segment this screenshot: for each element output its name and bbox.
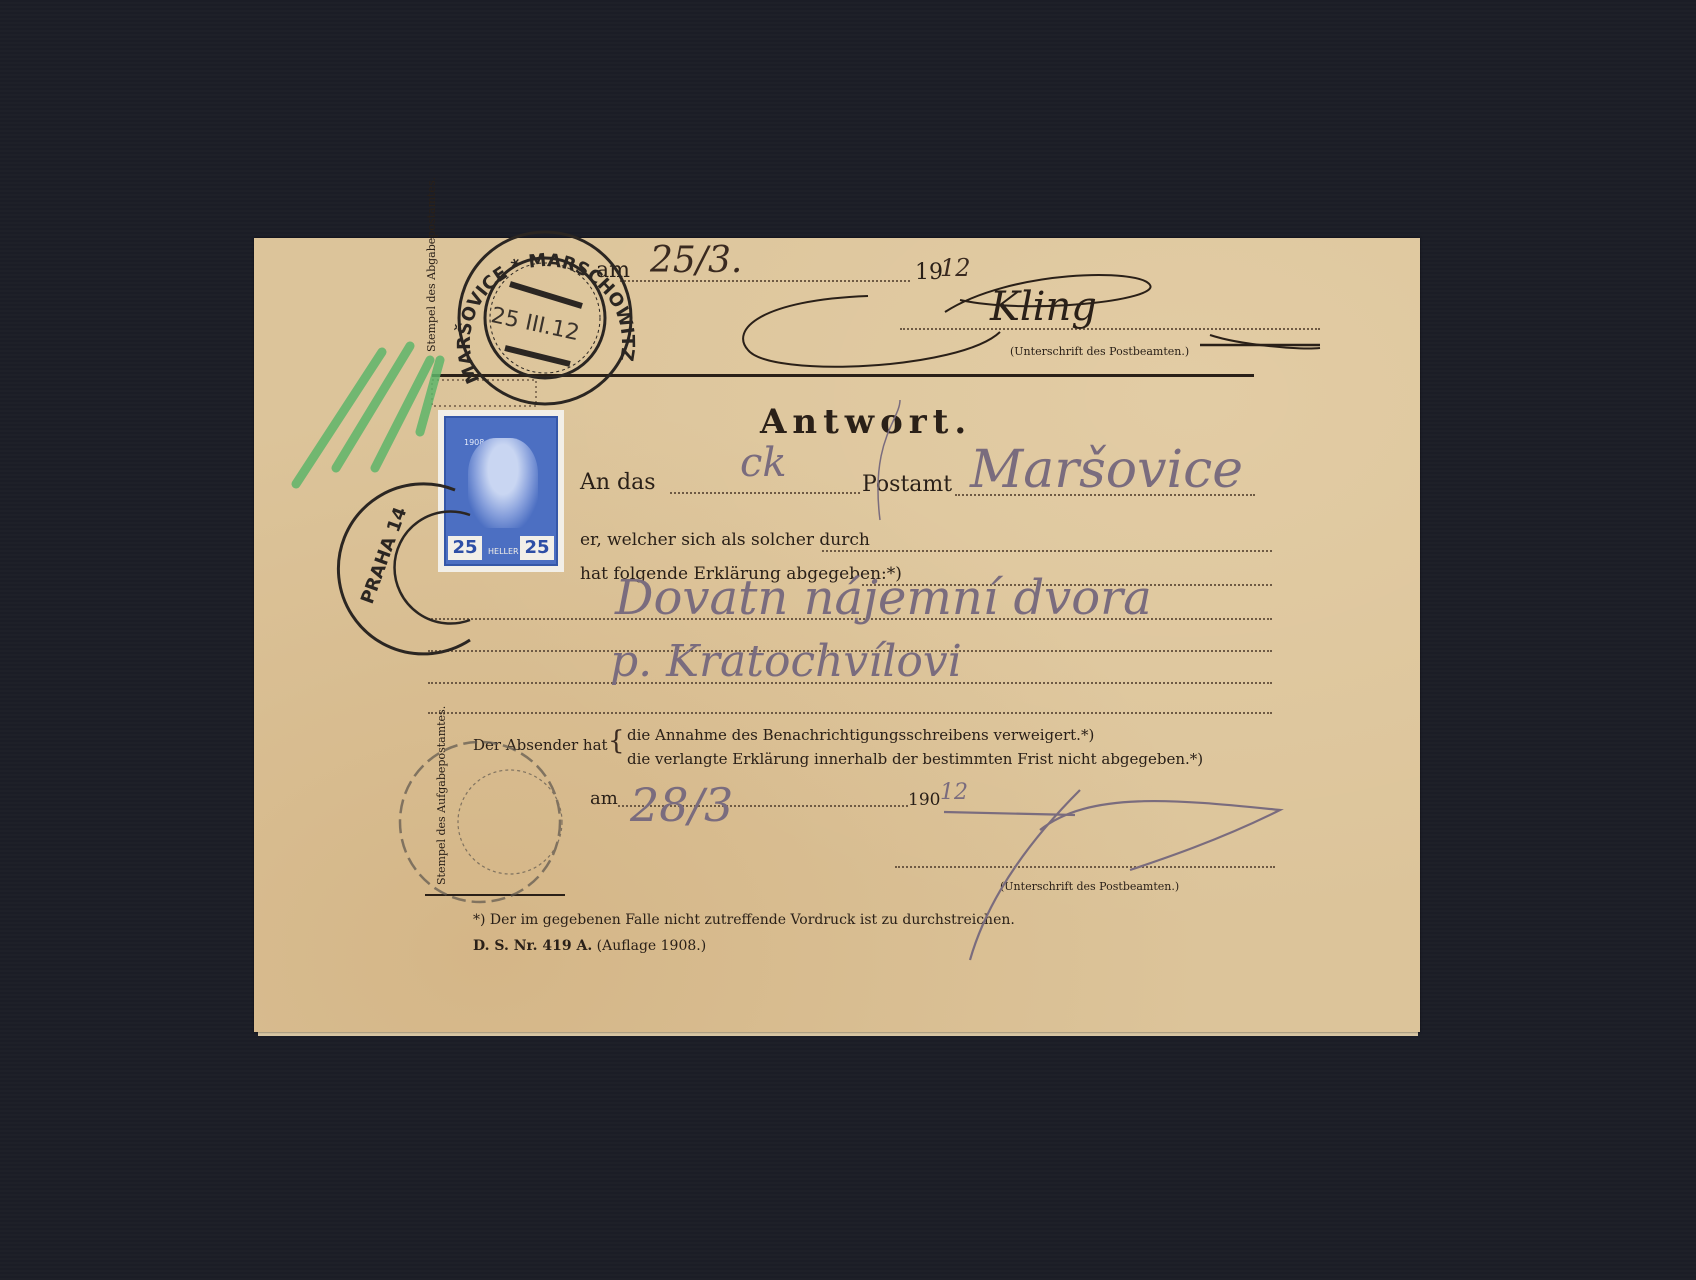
- bottom-signature-line: [895, 866, 1275, 868]
- bottom-year-handwritten: 12: [940, 780, 968, 805]
- an-das-value: ck: [740, 440, 787, 486]
- form-edition: (Auflage 1908.): [597, 938, 707, 954]
- top-year-prefix: 19: [915, 260, 943, 285]
- postage-stamp: 1908 25 HELLER 25: [438, 410, 564, 572]
- form-title: Antwort.: [760, 402, 972, 442]
- top-stamp-label: Stempel des Abgabepostamtes.: [425, 242, 438, 352]
- form-number: D. S. Nr. 419 A.: [473, 938, 592, 954]
- an-das-label: An das: [580, 470, 656, 495]
- sender-label: Der Absender hat: [473, 736, 608, 754]
- stamp-value-left: 25: [448, 536, 482, 560]
- top-year-handwritten: 12: [940, 254, 971, 282]
- declaration-line-6-dots: [428, 712, 1272, 714]
- bottom-signature-caption: (Unterschrift des Postbeamten.): [1000, 880, 1179, 893]
- sender-option-2: die verlangte Erklärung innerhalb der be…: [627, 750, 1203, 768]
- bottom-am-label: am: [590, 788, 618, 809]
- bottom-year-prefix: 190: [908, 790, 940, 810]
- postamt-value: Maršovice: [970, 440, 1243, 500]
- postamt-label: Postamt: [862, 472, 952, 497]
- top-signature-line: [900, 328, 1320, 330]
- footnote: *) Der im gegebenen Falle nicht zutreffe…: [473, 912, 1015, 928]
- footnote-divider: [425, 894, 565, 896]
- top-divider: [432, 374, 1254, 377]
- declaration-line-1: er, welcher sich als solcher durch: [580, 530, 870, 550]
- stamp-currency: HELLER: [488, 547, 519, 556]
- sender-brace: {: [608, 726, 625, 756]
- top-signature-handwritten: Kling: [990, 284, 1097, 330]
- form-number-line: D. S. Nr. 419 A. (Auflage 1908.): [473, 938, 706, 954]
- stamp-value-right: 25: [520, 536, 554, 560]
- bottom-stamp-label: Stempel des Aufgabepostamtes.: [435, 775, 448, 885]
- bottom-date-handwritten: 28/3: [630, 778, 733, 832]
- sender-option-1: die Annahme des Benachrichtigungsschreib…: [627, 726, 1094, 744]
- top-signature-caption: (Unterschrift des Postbeamten.): [1010, 345, 1189, 358]
- top-date-handwritten: 25/3.: [650, 240, 742, 281]
- declaration-handwritten-1: Dovatn nájemní dvora: [615, 570, 1152, 626]
- an-das-line: [670, 492, 860, 494]
- emperor-portrait-icon: [468, 438, 538, 528]
- declaration-handwritten-2: p. Kratochvílovi: [610, 636, 962, 687]
- declaration-line-1-dots: [822, 550, 1272, 552]
